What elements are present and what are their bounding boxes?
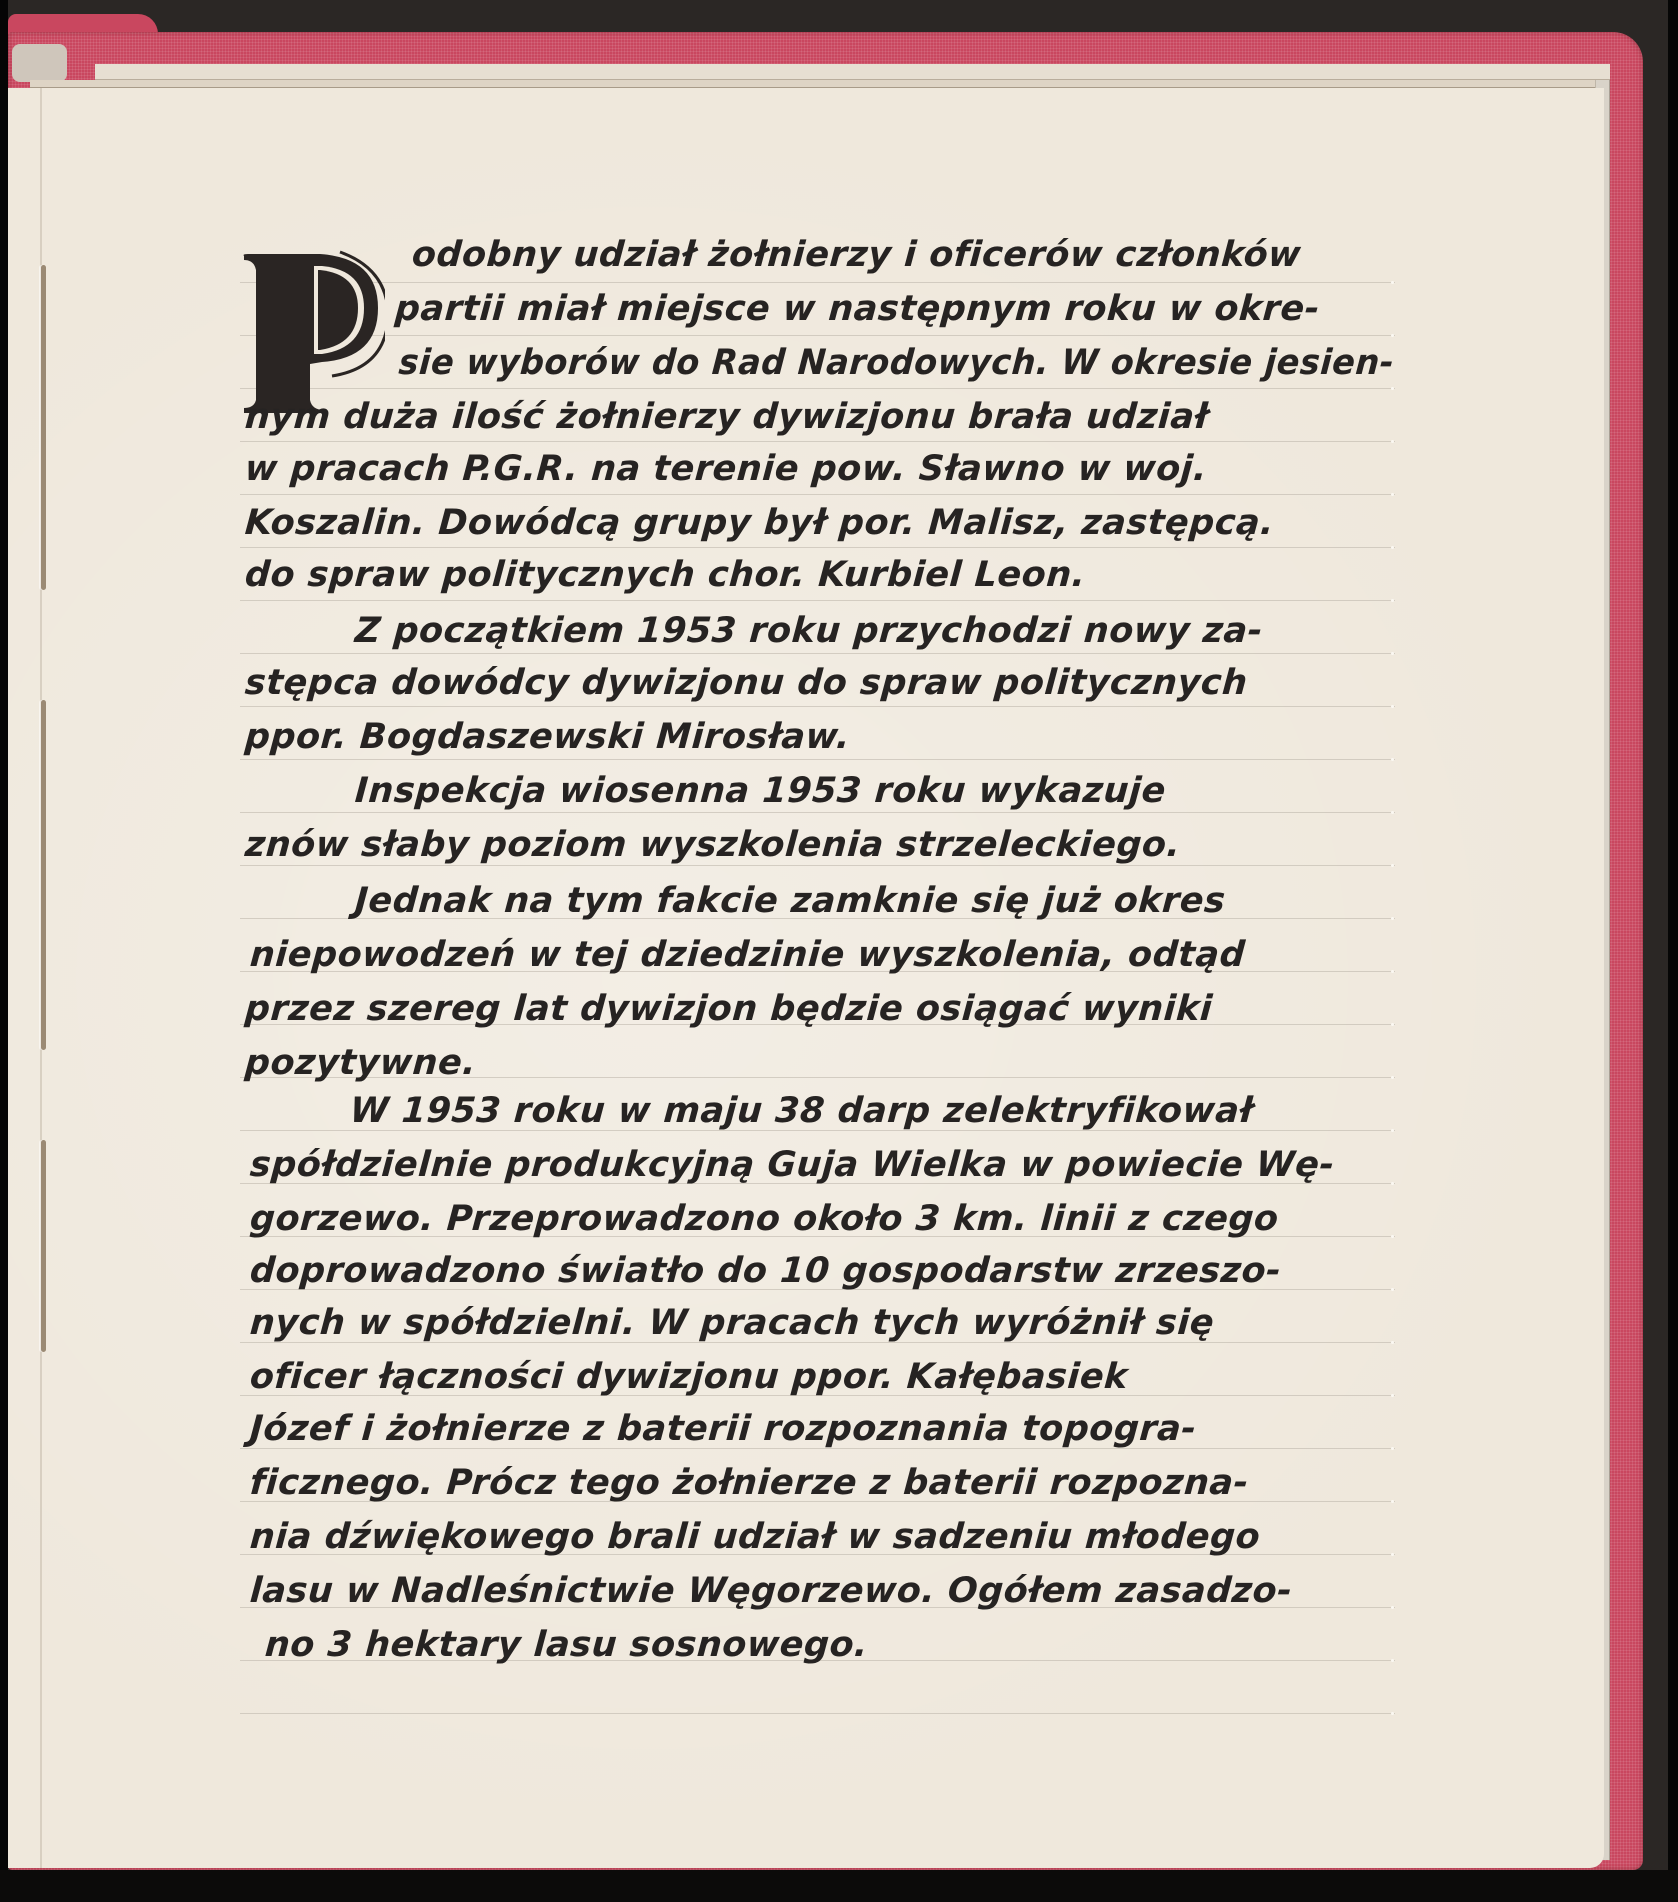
text-line: W 1953 roku w maju 38 darp zelektryfikow… bbox=[349, 1094, 1255, 1129]
text-line: niepowodzeń w tej dziedzinie wyszkolenia… bbox=[249, 938, 1247, 973]
text-line: przez szereg lat dywizjon będzie osiągać… bbox=[244, 992, 1214, 1027]
text-line: ppor. Bogdaszewski Mirosław. bbox=[244, 720, 851, 755]
text-line: oficer łączności dywizjonu ppor. Kałębas… bbox=[249, 1360, 1129, 1395]
text-line: do spraw politycznych chor. Kurbiel Leon… bbox=[244, 558, 1087, 593]
text-line: Józef i żołnierze z baterii rozpoznania … bbox=[249, 1412, 1198, 1447]
text-line: stępca dowódcy dywizjonu do spraw polity… bbox=[244, 666, 1249, 701]
text-line: gorzewo. Przeprowadzono około 3 km. lini… bbox=[249, 1202, 1280, 1237]
text-line: Z początkiem 1953 roku przychodzi nowy z… bbox=[354, 614, 1264, 649]
text-line: Jednak na tym fakcie zamknie się już okr… bbox=[354, 884, 1227, 919]
text-line: odobny udział żołnierzy i oficerów człon… bbox=[411, 238, 1303, 273]
text-line: pozytywne. bbox=[244, 1046, 478, 1081]
text-line: spółdzielnie produkcyjną Guja Wielka w p… bbox=[249, 1148, 1336, 1183]
text-line: lasu w Nadleśnictwie Węgorzewo. Ogółem z… bbox=[249, 1574, 1294, 1609]
text-line: Inspekcja wiosenna 1953 roku wykazuje bbox=[354, 774, 1167, 809]
scan-background: odobny udział żołnierzy i oficerów człon… bbox=[0, 0, 1678, 1902]
text-line: Koszalin. Dowódcą grupy był por. Malisz,… bbox=[244, 506, 1275, 541]
text-line: no 3 hektary lasu sosnowego. bbox=[264, 1628, 869, 1663]
text-line: nym duża ilość żołnierzy dywizjonu brała… bbox=[244, 400, 1210, 435]
text-line: w pracach P.G.R. na terenie pow. Sławno … bbox=[244, 452, 1208, 487]
text-line: znów słaby poziom wyszkolenia strzelecki… bbox=[244, 828, 1182, 863]
text-line: ficznego. Prócz tego żołnierze z baterii… bbox=[249, 1466, 1250, 1501]
text-line: doprowadzono światło do 10 gospodarstw z… bbox=[249, 1254, 1283, 1289]
handwritten-text: odobny udział żołnierzy i oficerów człon… bbox=[0, 0, 1678, 1902]
text-line: sie wyborów do Rad Narodowych. W okresie… bbox=[398, 346, 1396, 381]
text-line: nia dźwiękowego brali udział w sadzeniu … bbox=[249, 1520, 1262, 1555]
text-line: partii miał miejsce w następnym roku w o… bbox=[394, 292, 1321, 327]
text-line: nych w spółdzielni. W pracach tych wyróż… bbox=[249, 1306, 1216, 1341]
